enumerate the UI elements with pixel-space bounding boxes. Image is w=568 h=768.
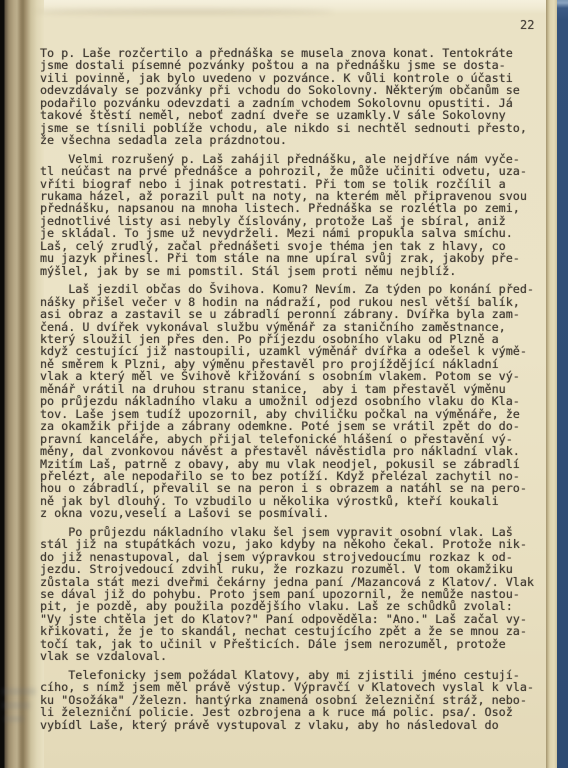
book-cover-right	[557, 0, 568, 768]
ink-ghosting	[2, 688, 36, 695]
ink-ghosting	[4, 716, 24, 722]
typewritten-text: To p. Laše rozčertilo a přednáška se mus…	[40, 47, 542, 737]
page: 22 To p. Laše rozčertilo a přednáška se …	[44, 0, 546, 768]
paragraph-5: Telefonicky jsem požádal Klatovy, aby mi…	[40, 669, 542, 731]
paragraph-1: To p. Laše rozčertilo a přednáška se mus…	[40, 47, 542, 147]
scanned-book-page: 22 To p. Laše rozčertilo a přednáška se …	[0, 0, 568, 768]
paragraph-2: Velmi rozrušený p. Laš zahájil přednášku…	[40, 153, 542, 278]
ink-ghosting	[2, 702, 30, 709]
page-number: 22	[520, 18, 534, 32]
paragraph-3: Laš jezdil občas do Švihova. Komu? Nevím…	[40, 283, 542, 520]
page-edge-right	[546, 0, 557, 768]
book-binding-gutter	[0, 0, 44, 768]
paragraph-4: Po průjezdu nákladního vlaku šel jsem vy…	[40, 526, 542, 663]
page-curl-shadow	[34, 9, 334, 14]
